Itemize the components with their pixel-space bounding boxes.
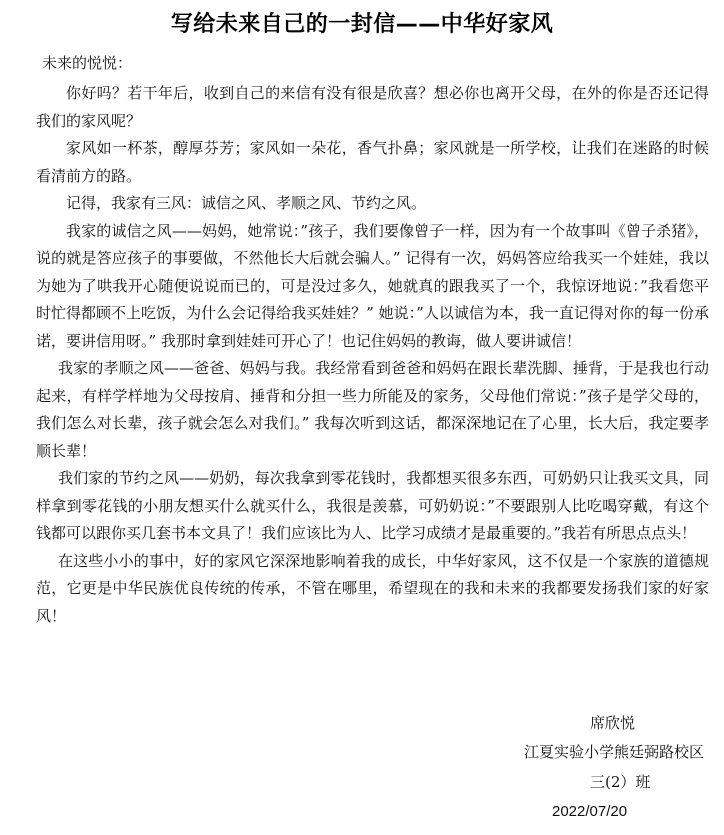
signature-date: 2022/07/20 xyxy=(552,801,627,823)
letter-title: 写给未来自己的一封信——中华好家风 xyxy=(0,10,724,40)
paragraph-honesty: 我家的诚信之风——妈妈，她常说：”孩子，我们要像曾子一样，因为有一个故事叫《曾子… xyxy=(36,218,709,356)
signature-school: 江夏实验小学熊廷弼路校区 xyxy=(524,741,704,763)
paragraph-family-style-metaphor: 家风如一杯茶，醇厚芬芳；家风如一朵花，香气扑鼻；家风就是一所学校，让我们在迷路的… xyxy=(36,135,709,190)
paragraph-frugality: 我们家的节约之风——奶奶，每次我拿到零花钱时，我都想买很多东西，可奶奶只让我买文… xyxy=(36,465,709,548)
signature-name: 席欣悦 xyxy=(590,712,635,734)
paragraph-greeting: 你好吗？若干年后，收到自己的来信有没有很是欣喜？想必你也离开父母，在外的你是否还… xyxy=(36,80,709,135)
signature-class: 三(2）班 xyxy=(590,771,650,793)
salutation: 未来的悦悦： xyxy=(42,52,132,74)
paragraph-conclusion: 在这些小小的事中，好的家风它深深地影响着我的成长，中华好家风，这不仅是一个家族的… xyxy=(36,548,709,631)
letter-body: 你好吗？若干年后，收到自己的来信有没有很是欣喜？想必你也离开父母，在外的你是否还… xyxy=(36,80,709,630)
paragraph-three-styles: 记得，我家有三风：诚信之风、孝顺之风、节约之风。 xyxy=(36,190,709,218)
paragraph-filial-piety: 我家的孝顺之风——爸爸、妈妈与我。我经常看到爸爸和妈妈在跟长辈洗脚、捶背，于是我… xyxy=(36,355,709,465)
